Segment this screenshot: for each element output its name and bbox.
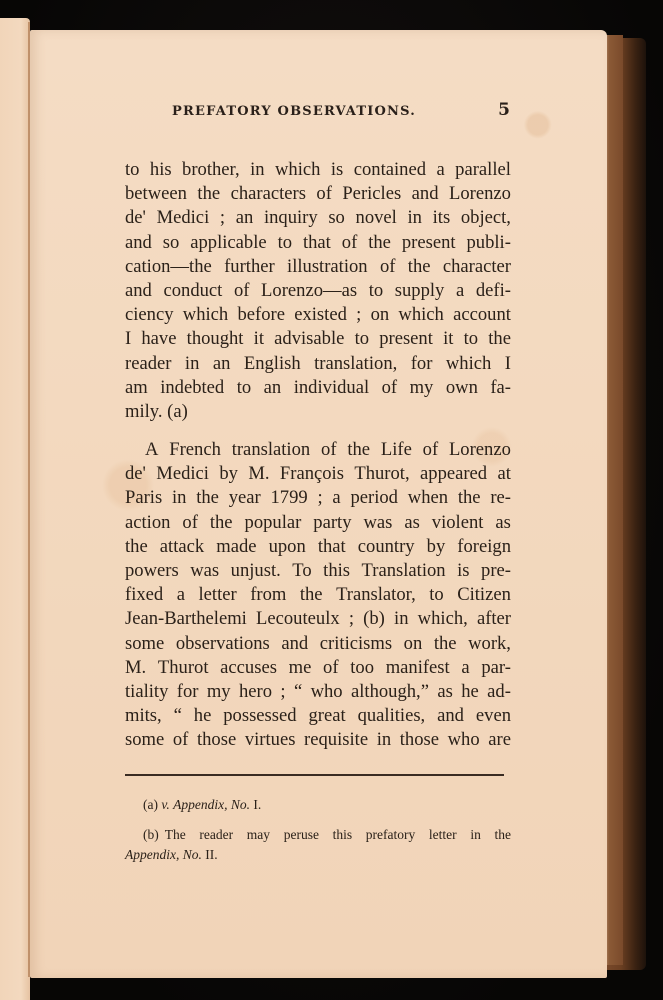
text-line: andsoapplicabletothatofthepresentpubli- <box>125 231 511 255</box>
text-line: actionofthepopularpartywasasviolentas <box>125 511 511 535</box>
facing-page-edge <box>0 18 30 1000</box>
text-line: de'MedicibyM.FrançoisThurot,appearedat <box>125 462 511 486</box>
body-text: tohisbrother,inwhichiscontainedaparallel… <box>125 158 511 753</box>
footnote-b-suffix: II. <box>205 847 217 862</box>
footnote-a: (a) v. Appendix, No. I. <box>125 795 511 815</box>
text-line: betweenthecharactersofPericlesandLorenzo <box>125 182 511 206</box>
text-line: AFrenchtranslationoftheLifeofLorenzo <box>125 438 511 462</box>
paragraph-gap <box>125 424 511 438</box>
text-line: Ihavethoughtitadvisabletopresentittothe <box>125 327 511 351</box>
text-line: Parisintheyear1799;aperiodwhenthere- <box>125 486 511 510</box>
footnote-a-italic: Appendix, No. <box>173 795 250 815</box>
footnote-rule <box>125 774 504 776</box>
footnote-b-line-1: The reader may peruse this prefatory let… <box>165 825 511 845</box>
footnote-a-prefix: v. <box>161 795 169 815</box>
paragraph-2: AFrenchtranslationoftheLifeofLorenzode'M… <box>125 438 511 752</box>
text-line: fixedaletterfromtheTranslator,toCitizen <box>125 583 511 607</box>
page-number: 5 <box>498 100 510 120</box>
paragraph-1: tohisbrother,inwhichiscontainedaparallel… <box>125 158 511 424</box>
text-line: ciencywhichbeforeexisted;onwhichaccount <box>125 303 511 327</box>
text-line: Jean-BarthelemiLecouteulx;(b)inwhich,aft… <box>125 607 511 631</box>
text-line: mits,“hepossessedgreatqualities,andeven <box>125 704 511 728</box>
text-line: tialityformyhero;“whoalthough,”ashead- <box>125 680 511 704</box>
text-line: someobservationsandcriticismsonthework, <box>125 632 511 656</box>
text-line: readerinanEnglishtranslation,forwhichI <box>125 352 511 376</box>
footnote-b: (b) The reader may peruse this prefatory… <box>125 825 511 865</box>
text-line: mily. (a) <box>125 400 511 424</box>
text-line: theattackmadeuponthatcountrybyforeign <box>125 535 511 559</box>
footnote-b-italic: Appendix, No. <box>125 847 202 862</box>
footnotes: (a) v. Appendix, No. I. (b) The reader m… <box>125 795 511 875</box>
text-line: andconductofLorenzo—astosupplyadefi- <box>125 279 511 303</box>
text-line: de'Medici;aninquirysonovelinitsobject, <box>125 206 511 230</box>
running-head-title: PREFATORY OBSERVATIONS. <box>172 104 416 119</box>
text-line: tohisbrother,inwhichiscontainedaparallel <box>125 158 511 182</box>
running-head: PREFATORY OBSERVATIONS. 5 <box>172 100 512 120</box>
footnote-a-suffix: I. <box>253 795 261 815</box>
text-line: M.Thurotaccusesmeoftoomanifestapar- <box>125 656 511 680</box>
footnote-b-marker: (b) <box>143 825 159 845</box>
text-line: someofthosevirtuesrequisiteinthosewhoare <box>125 728 511 752</box>
text-line: cation—thefurtherillustrationofthecharac… <box>125 255 511 279</box>
text-line: amindebtedtoanindividualofmyownfa- <box>125 376 511 400</box>
text-line: powerswasunjust.TothisTranslationispre- <box>125 559 511 583</box>
footnote-a-marker: (a) <box>143 795 158 815</box>
